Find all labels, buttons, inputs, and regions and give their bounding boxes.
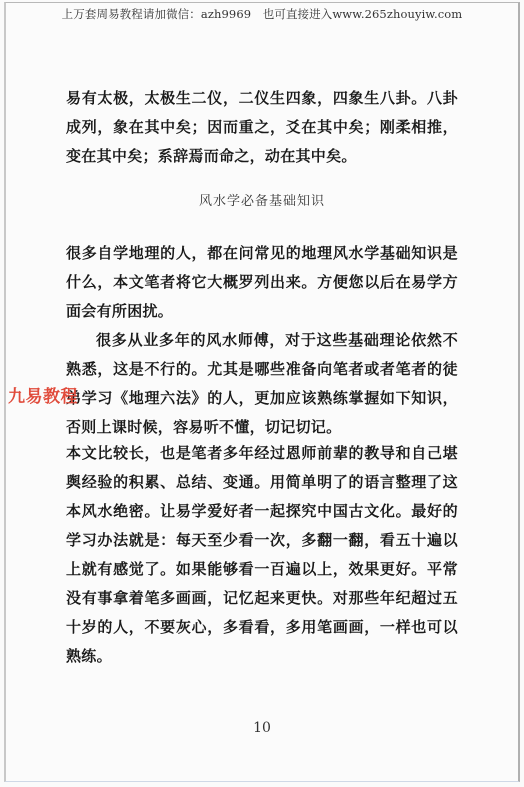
brand-watermark: 九易教程: [8, 382, 78, 407]
page-number: 10: [0, 720, 524, 736]
intro-paragraph: 易有太极，太极生二仪，二仪生四象，四象生八卦。八卦成列，象在其中矣；因而重之，爻…: [66, 84, 458, 171]
section-title: 风水学必备基础知识: [0, 190, 524, 209]
header-watermark: 上万套周易教程请加微信：azh9969 也可直接进入www.265zhouyiw…: [0, 6, 524, 22]
paragraph-1: 很多自学地理的人，都在问常见的地理风水学基础知识是什么，本文笔者将它大概罗列出来…: [66, 239, 458, 326]
paragraph-2: 很多从业多年的风水师傅，对于这些基础理论依然不熟悉，这是不行的。尤其是哪些准备向…: [66, 326, 458, 442]
paragraph-3: 本文比较长，也是笔者多年经过恩师前辈的教导和自己堪舆经验的积累、总结、变通。用简…: [66, 439, 458, 671]
